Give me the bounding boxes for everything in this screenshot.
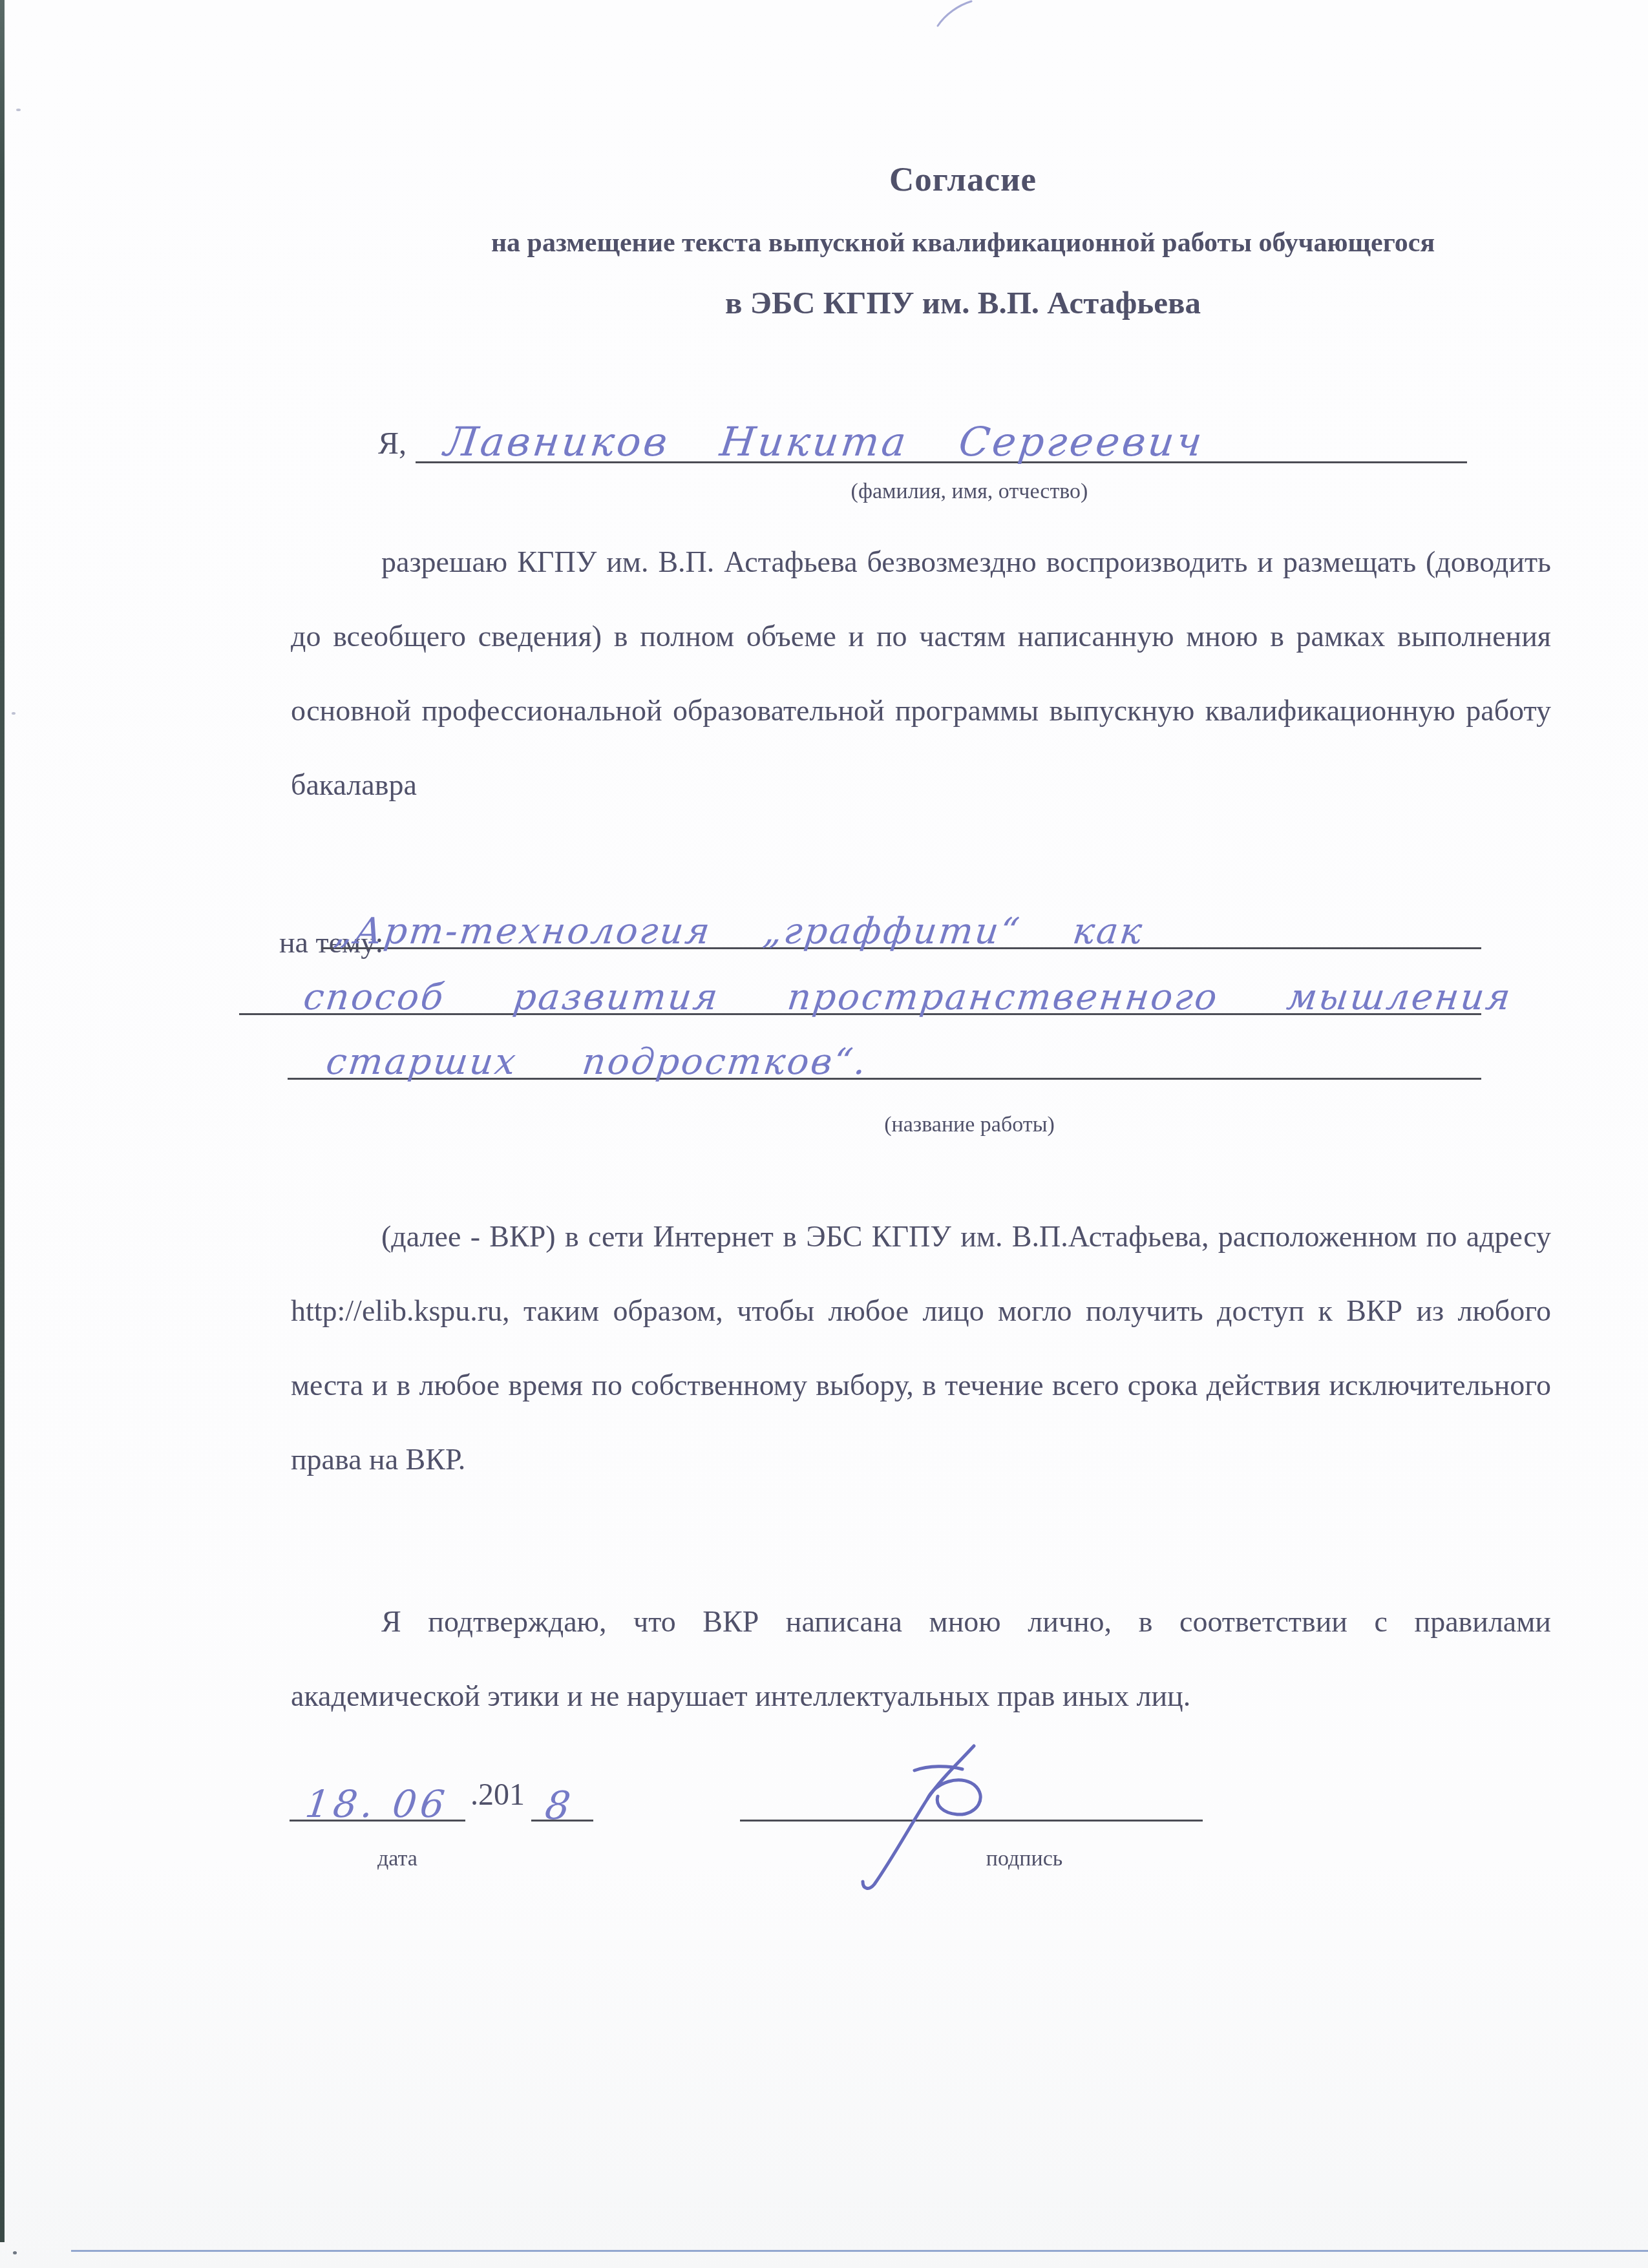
scanner-edge-strip [0, 0, 5, 2242]
date-label: дата [310, 1847, 485, 1871]
topic-underline-1: „Арт-технология „граффити“ как [321, 890, 1481, 949]
declarant-prefix: Я, [378, 428, 407, 463]
topic-caption: (название работы) [582, 1113, 1357, 1137]
topic-underline-2: способ развития пространственного мышлен… [239, 956, 1481, 1015]
date-handwritten: 18. 06 [303, 1782, 451, 1826]
stray-pen-mark [934, 0, 973, 27]
ink-speck [13, 2251, 17, 2254]
topic-handwritten-line-1: „Арт-технология „граффити“ как [332, 910, 1146, 952]
fio-caption: (фамилия, имя, отчество) [582, 479, 1357, 504]
doc-subtitle2: в ЭБС КГПУ им. В.П. Астафьева [259, 284, 1648, 321]
ink-speck [12, 712, 16, 715]
doc-subtitle: на размещение текста выпускной квалифика… [259, 227, 1648, 258]
ink-speck [16, 109, 21, 111]
ethics-paragraph: Я подтверждаю, что ВКР написана мною лич… [291, 1584, 1551, 1733]
year-digit-underline: 8 [531, 1764, 593, 1822]
declarant-row: Я, Лавников Никита Сергеевич [378, 402, 1467, 463]
signature-label: подпись [934, 1847, 1115, 1871]
page-bottom-edge-line [71, 2250, 1648, 2252]
consent-paragraph: разрешаю КГПУ им. В.П. Астафьева безвозм… [291, 525, 1551, 822]
topic-handwritten-line-3: старших подростков“. [324, 1041, 871, 1083]
declarant-name-underline: Лавников Никита Сергеевич [416, 402, 1467, 463]
doc-title: Согласие [259, 160, 1648, 199]
date-printed-year: .201 [470, 1777, 525, 1812]
vkr-paragraph: (далее - ВКР) в сети Интернет в ЭБС КГПУ… [291, 1199, 1551, 1496]
topic-handwritten-line-2: способ развития пространственного мышлен… [301, 976, 1514, 1018]
year-digit-handwritten: 8 [543, 1783, 573, 1829]
date-field-underline: 18. 06 [290, 1764, 465, 1822]
topic-underline-3: старших подростков“. [288, 1021, 1481, 1080]
declarant-name-handwritten: Лавников Никита Сергеевич [442, 418, 1207, 465]
scanned-consent-document: Согласие на размещение текста выпускной … [0, 0, 1648, 2268]
